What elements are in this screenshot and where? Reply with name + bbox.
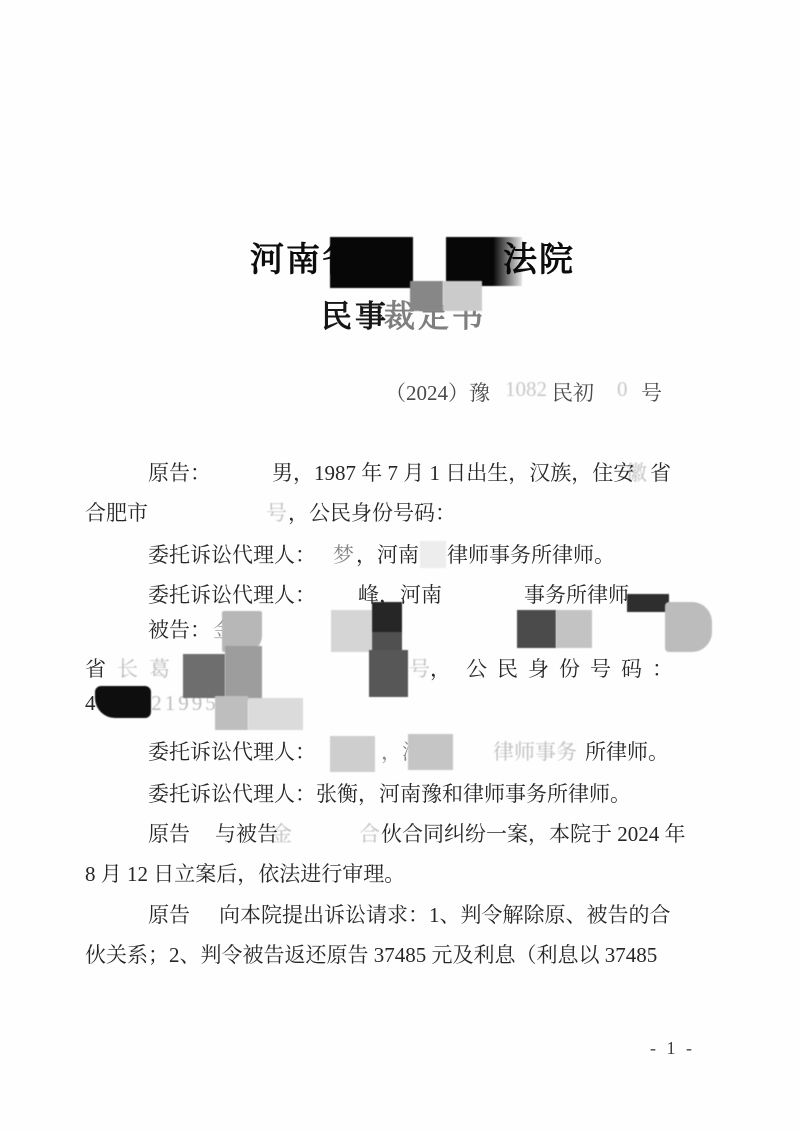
text-segment: 徽 [626,457,647,487]
text-segment: 伙合同纠纷一案，本院于 2024 年 [381,818,686,848]
text-segment: 民初 [552,377,594,407]
text-segment: 金 [271,818,292,848]
text-segment: 男，1987 年 7 月 1 日出生，汉族，住安 [272,457,634,487]
redaction-box [446,237,522,286]
redaction-box [248,698,303,730]
redaction-box [443,281,482,311]
text-segment: ， [430,653,451,683]
redaction-box [420,541,446,568]
redaction-box [408,734,453,770]
text-segment: 民事 [321,291,389,336]
text-segment: 向本院提出诉讼请求：1、判令解除原、被告的合 [219,899,671,929]
text-segment: 号 [641,377,662,407]
text-segment: 合肥市 [85,497,148,527]
text-segment: 与被告 [215,818,278,848]
text-segment: 省 [85,653,117,683]
redaction-box [183,654,225,698]
text-segment: ，河南 [356,539,419,569]
redaction-box [331,610,372,652]
redaction-box [369,650,408,697]
text-segment: 长葛 [117,653,181,683]
redaction-box [517,610,556,648]
redaction-box [372,602,402,654]
redaction-box [330,736,375,772]
text-segment: 合 [359,818,380,848]
text-segment: （2024）豫 [385,377,490,407]
text-segment: 梦 [333,539,354,569]
text-segment: 公民身份号码： [466,653,683,683]
text-segment: 委托诉讼代理人： [148,539,316,569]
redaction-box [665,602,712,652]
text-segment: 伙关系；2、判令被告返还原告 37485 元及利息（利息以 37485 [85,939,657,969]
text-segment: 8 月 12 日立案后，依法进行审理。 [85,858,405,888]
text-segment: 委托诉讼代理人： [148,736,316,766]
text-segment: - 1 - [650,1038,695,1059]
redaction-box [410,281,443,311]
text-segment: 所律师。 [585,736,669,766]
scanned-document-page: 河南省法院民事裁定书（2024）豫1082民初0号原告：男，1987 年 7 月… [0,0,800,1132]
redaction-box [627,594,669,612]
text-segment: 委托诉讼代理人：张衡，河南豫和律师事务所律师。 [148,778,631,808]
text-segment: 律师事务所律师。 [447,539,615,569]
redaction-box [95,686,151,718]
text-segment: 0 [617,377,628,402]
text-segment: ，公民身份号码： [288,497,456,527]
redaction-box [330,237,413,288]
text-segment: 律师事务 [493,736,577,766]
text-segment: 原告： [148,457,211,487]
text-segment: 号 [266,497,287,527]
redaction-box [556,610,592,648]
text-segment: 原告 [148,818,190,848]
text-segment: 号 [409,653,430,683]
text-segment: 原告 [148,899,190,929]
text-segment: 4 [85,691,96,716]
redaction-box [225,646,262,700]
text-segment: 省 [650,457,671,487]
text-segment: 被告： [148,614,211,644]
text-segment: 1082 [505,377,547,402]
redaction-box [215,696,248,730]
text-segment: 委托诉讼代理人： [148,579,316,609]
